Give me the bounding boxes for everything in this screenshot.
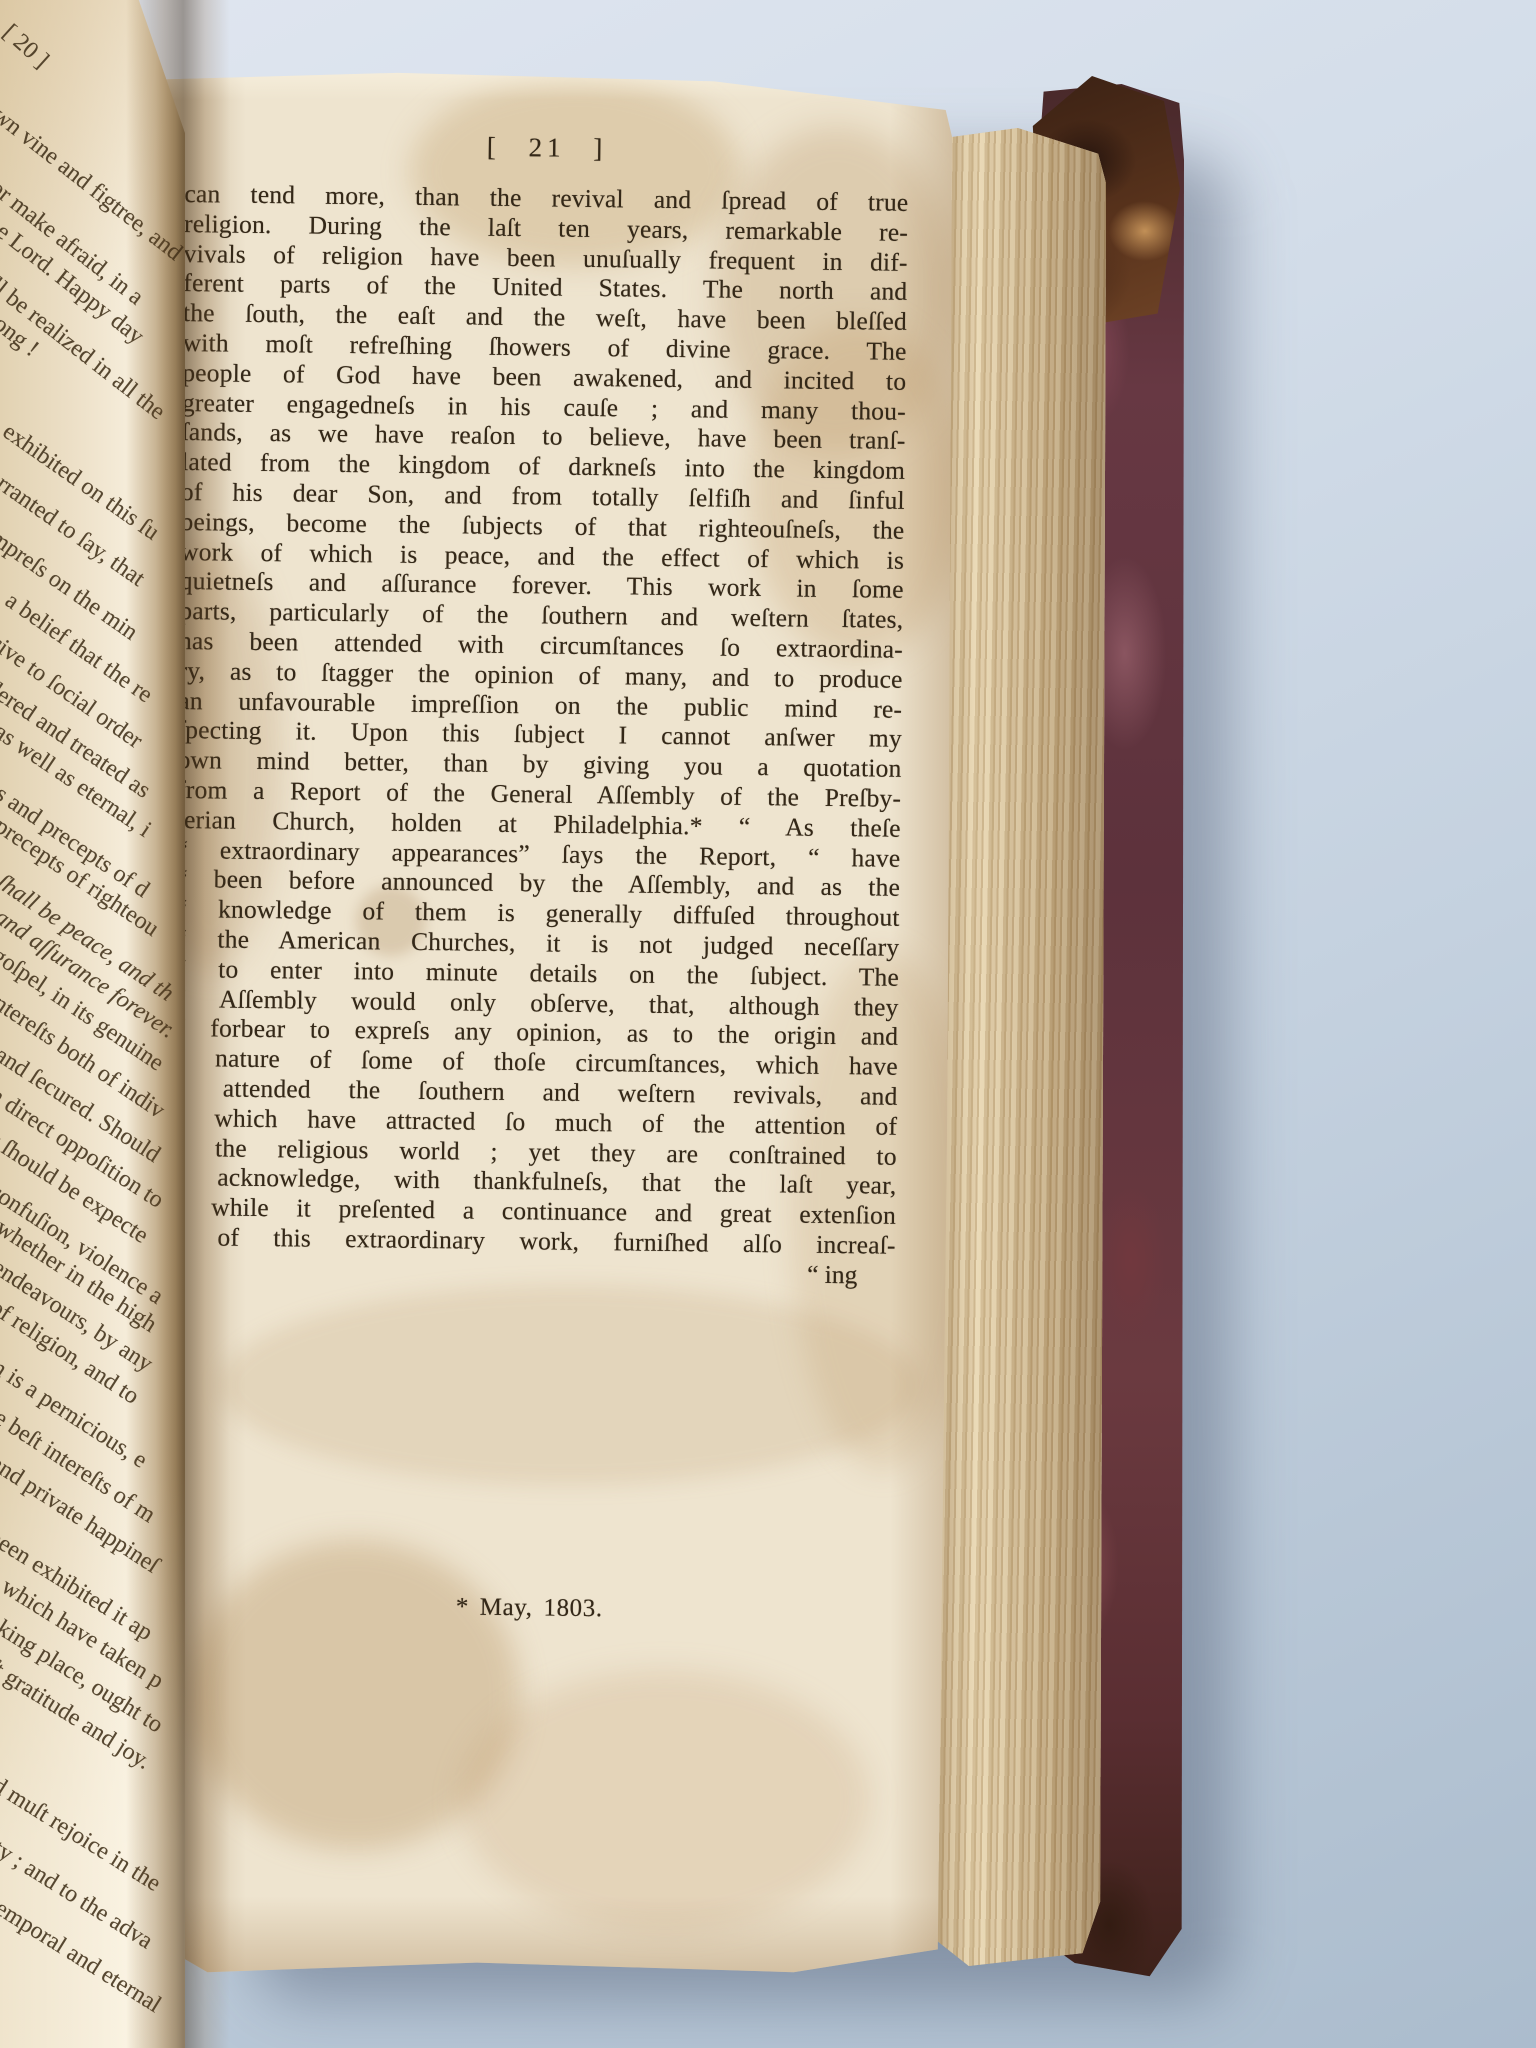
page-text-block: [ 21 ] can tend more, than the revival a… [167,70,910,1626]
paper-stain [460,1670,870,1930]
page-number-header: [ 21 ] [185,128,909,168]
bottom-edge-shade [160,1896,952,1976]
left-page-text-fragment: [ 20 ] [0,19,54,74]
photo-of-antique-book: [ 21 ] can tend more, than the revival a… [0,0,1536,2048]
book-page-20-partial: [ 20 ]own vine and figtree, andurt, or m… [0,0,185,2048]
book-page-21: [ 21 ] can tend more, than the revival a… [160,70,952,1976]
body-text: can tend more, than the revival and ſpre… [172,179,909,1260]
